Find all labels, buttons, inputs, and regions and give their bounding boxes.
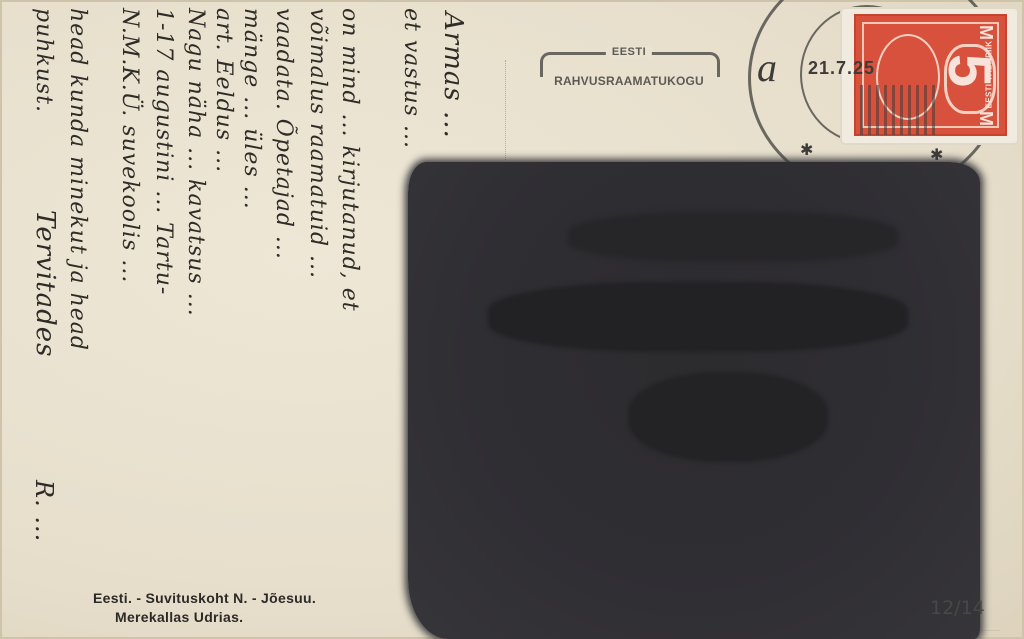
handwriting-line: Nagu näha ... kavatsus ... — [184, 8, 206, 317]
library-stamp-line2: RAHVUSRAAMATUKOGU — [540, 74, 718, 88]
stamp-value: 5 — [935, 54, 1004, 87]
stamp-currency-mark: M — [975, 25, 996, 40]
library-stamp-line1: EESTI — [606, 46, 652, 58]
ink-blot-redaction — [408, 162, 980, 639]
library-stamp: EESTI RAHVUSRAAMATUKOGU — [540, 48, 718, 92]
caption-line2: Merekallas Udrias. — [115, 609, 316, 625]
ink-blot-streak — [628, 372, 828, 462]
handwriting-line: mänge ... üles ... — [240, 8, 262, 210]
handwriting-line: võimalus raamatuid ... — [306, 8, 328, 279]
handwriting-line: N.M.K.Ü. suvekoolis ... — [118, 8, 140, 283]
stamp-cancellation-lines — [860, 85, 940, 135]
handwriting-line: 1-17 augustini ... Tartu- — [152, 8, 174, 295]
ink-blot-streak — [488, 282, 908, 352]
handwriting-line: art. Eeldus ... — [212, 8, 234, 173]
postcard: Armas ... et vastus ... on mind ... kirj… — [0, 0, 1024, 639]
handwriting-closing: Tervitades — [32, 210, 58, 357]
handwriting-line: on mind ... kirjutanud, et — [338, 8, 360, 312]
handwriting-signature: R. ... — [32, 480, 56, 542]
ink-blot-streak — [568, 212, 898, 262]
caption-line1: Eesti. - Suvituskoht N. - Jõesuu. — [93, 590, 316, 606]
postcard-divider-line — [505, 60, 506, 160]
stamp-currency-mark: M — [975, 111, 996, 126]
handwriting-line: head kunda minekut ja head — [66, 8, 88, 351]
handwriting-line: vaadata. Õpetajad ... — [272, 8, 294, 260]
postmark-date: 21.7.25 — [808, 58, 875, 79]
handwriting-line: et vastus ... — [400, 8, 422, 149]
catalog-number: 12/14 — [930, 597, 985, 619]
handwriting-line: Armas ... — [440, 12, 466, 139]
postmark-star-icon: ✱ — [800, 140, 813, 160]
stamp-country-text: EESTI VABARIIK — [985, 41, 994, 109]
postmark-letter: a — [757, 44, 777, 91]
printed-caption: Eesti. - Suvituskoht N. - Jõesuu. Mereka… — [93, 590, 316, 625]
handwriting-line: puhkust. — [32, 8, 54, 113]
